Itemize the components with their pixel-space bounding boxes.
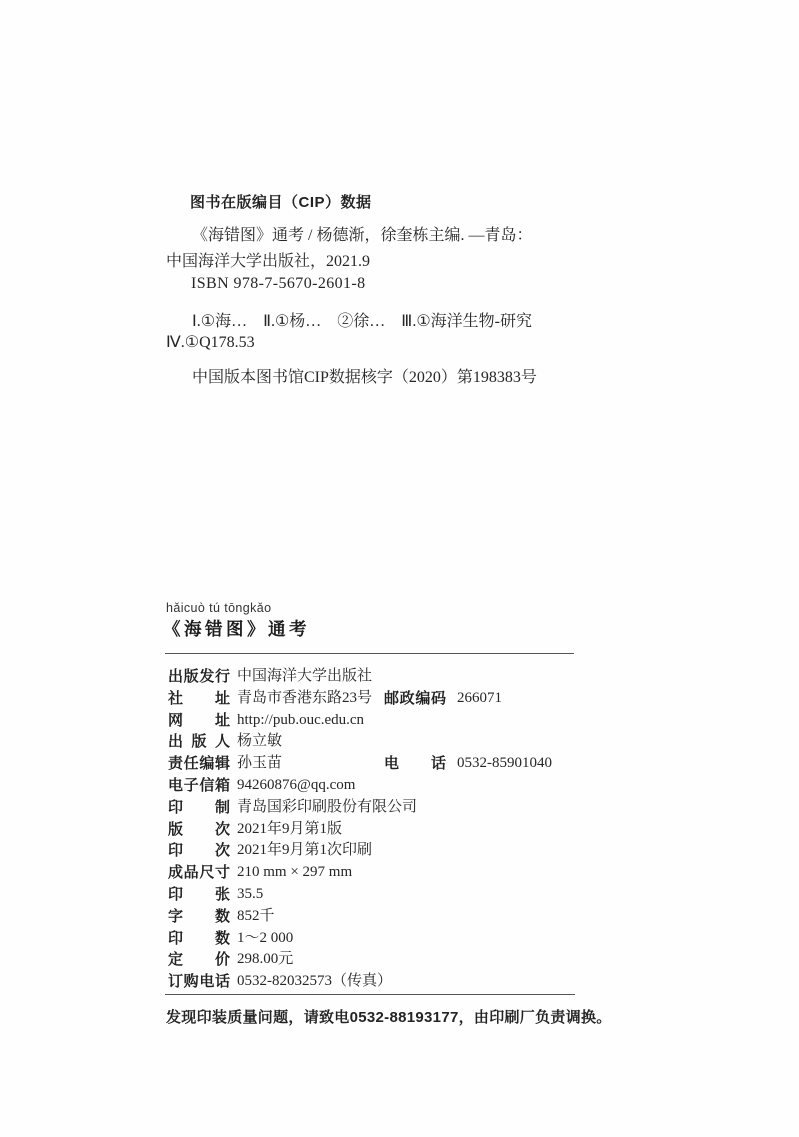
row-label: 定价 <box>168 949 230 971</box>
row-value: 青岛市香港东路23号 <box>237 688 372 710</box>
row-value: 杨立敏 <box>237 731 282 753</box>
row-value: http://pub.ouc.edu.cn <box>237 710 364 732</box>
colophon-table: 出版发行 中国海洋大学出版社 社址 青岛市香港东路23号 邮政编码 266071… <box>166 666 596 993</box>
table-row: 印数 1～2 000 <box>166 928 596 950</box>
table-row: 出版人 杨立敏 <box>166 731 596 753</box>
postal-code-label: 邮政编码 <box>384 688 446 710</box>
row-label: 责任编辑 <box>168 753 230 775</box>
table-row: 网址 http://pub.ouc.edu.cn <box>166 710 596 732</box>
copyright-page: 图书在版编目（CIP）数据 《海错图》通考 / 杨德渐，徐奎栋主编. —青岛： … <box>0 0 799 1137</box>
table-row: 成品尺寸 210 mm × 297 mm <box>166 862 596 884</box>
table-row: 印制 青岛国彩印刷股份有限公司 <box>166 797 596 819</box>
table-row: 版次 2021年9月第1版 <box>166 819 596 841</box>
row-label: 印次 <box>168 840 230 862</box>
cip-classification-line-2: Ⅳ.①Q178.53 <box>166 332 255 352</box>
phone-label: 电话 <box>384 753 446 775</box>
cip-registry-number: 中国版本图书馆CIP数据核字（2020）第198383号 <box>192 364 537 387</box>
row-label: 成品尺寸 <box>168 862 230 884</box>
phone-value: 0532-85901040 <box>457 753 552 775</box>
row-value: 35.5 <box>237 884 263 906</box>
cip-description-line-1: 《海错图》通考 / 杨德渐，徐奎栋主编. —青岛： <box>192 222 532 245</box>
row-value: 298.00元 <box>237 949 293 971</box>
row-value: 210 mm × 297 mm <box>237 862 352 884</box>
divider-bottom <box>165 994 575 995</box>
row-label: 出版人 <box>168 731 230 753</box>
table-row: 印次 2021年9月第1次印刷 <box>166 840 596 862</box>
book-title: 《海错图》通考 <box>163 616 310 641</box>
table-row: 出版发行 中国海洋大学出版社 <box>166 666 596 688</box>
table-row: 字数 852千 <box>166 906 596 928</box>
cip-classification-line-1: Ⅰ.①海… Ⅱ.①杨… ②徐… Ⅲ.①海洋生物-研究 <box>192 308 532 331</box>
row-value: 1～2 000 <box>237 928 293 950</box>
postal-code-value: 266071 <box>457 688 502 710</box>
pinyin-title: hǎicuò tú tōngkǎo <box>166 601 272 615</box>
cip-description-line-2: 中国海洋大学出版社，2021.9 <box>166 248 370 271</box>
row-value: 94260876@qq.com <box>237 775 355 797</box>
row-value: 青岛国彩印刷股份有限公司 <box>237 797 417 819</box>
row-value: 孙玉苗 <box>237 753 282 775</box>
row-value: 中国海洋大学出版社 <box>237 666 372 688</box>
table-row: 电子信箱 94260876@qq.com <box>166 775 596 797</box>
row-label: 电子信箱 <box>168 775 230 797</box>
cip-heading: 图书在版编目（CIP）数据 <box>190 191 372 212</box>
row-label: 字数 <box>168 906 230 928</box>
row-label: 网址 <box>168 710 230 732</box>
table-row: 社址 青岛市香港东路23号 邮政编码 266071 <box>166 688 596 710</box>
row-value: 0532-82032573（传真） <box>237 971 392 993</box>
divider-top <box>165 653 574 654</box>
row-value: 2021年9月第1次印刷 <box>237 840 372 862</box>
table-row: 责任编辑 孙玉苗 电话 0532-85901040 <box>166 753 596 775</box>
row-label: 印制 <box>168 797 230 819</box>
row-value: 852千 <box>237 906 275 928</box>
row-value: 2021年9月第1版 <box>237 819 342 841</box>
row-label: 社址 <box>168 688 230 710</box>
row-label: 出版发行 <box>168 666 230 688</box>
table-row: 订购电话 0532-82032573（传真） <box>166 971 596 993</box>
table-row: 定价 298.00元 <box>166 949 596 971</box>
row-label: 订购电话 <box>168 971 230 993</box>
row-label: 印张 <box>168 884 230 906</box>
quality-notice: 发现印装质量问题，请致电0532-88193177，由印刷厂负责调换。 <box>166 1006 612 1027</box>
row-label: 版次 <box>168 819 230 841</box>
cip-isbn: ISBN 978-7-5670-2601-8 <box>191 275 366 293</box>
row-label: 印数 <box>168 928 230 950</box>
table-row: 印张 35.5 <box>166 884 596 906</box>
